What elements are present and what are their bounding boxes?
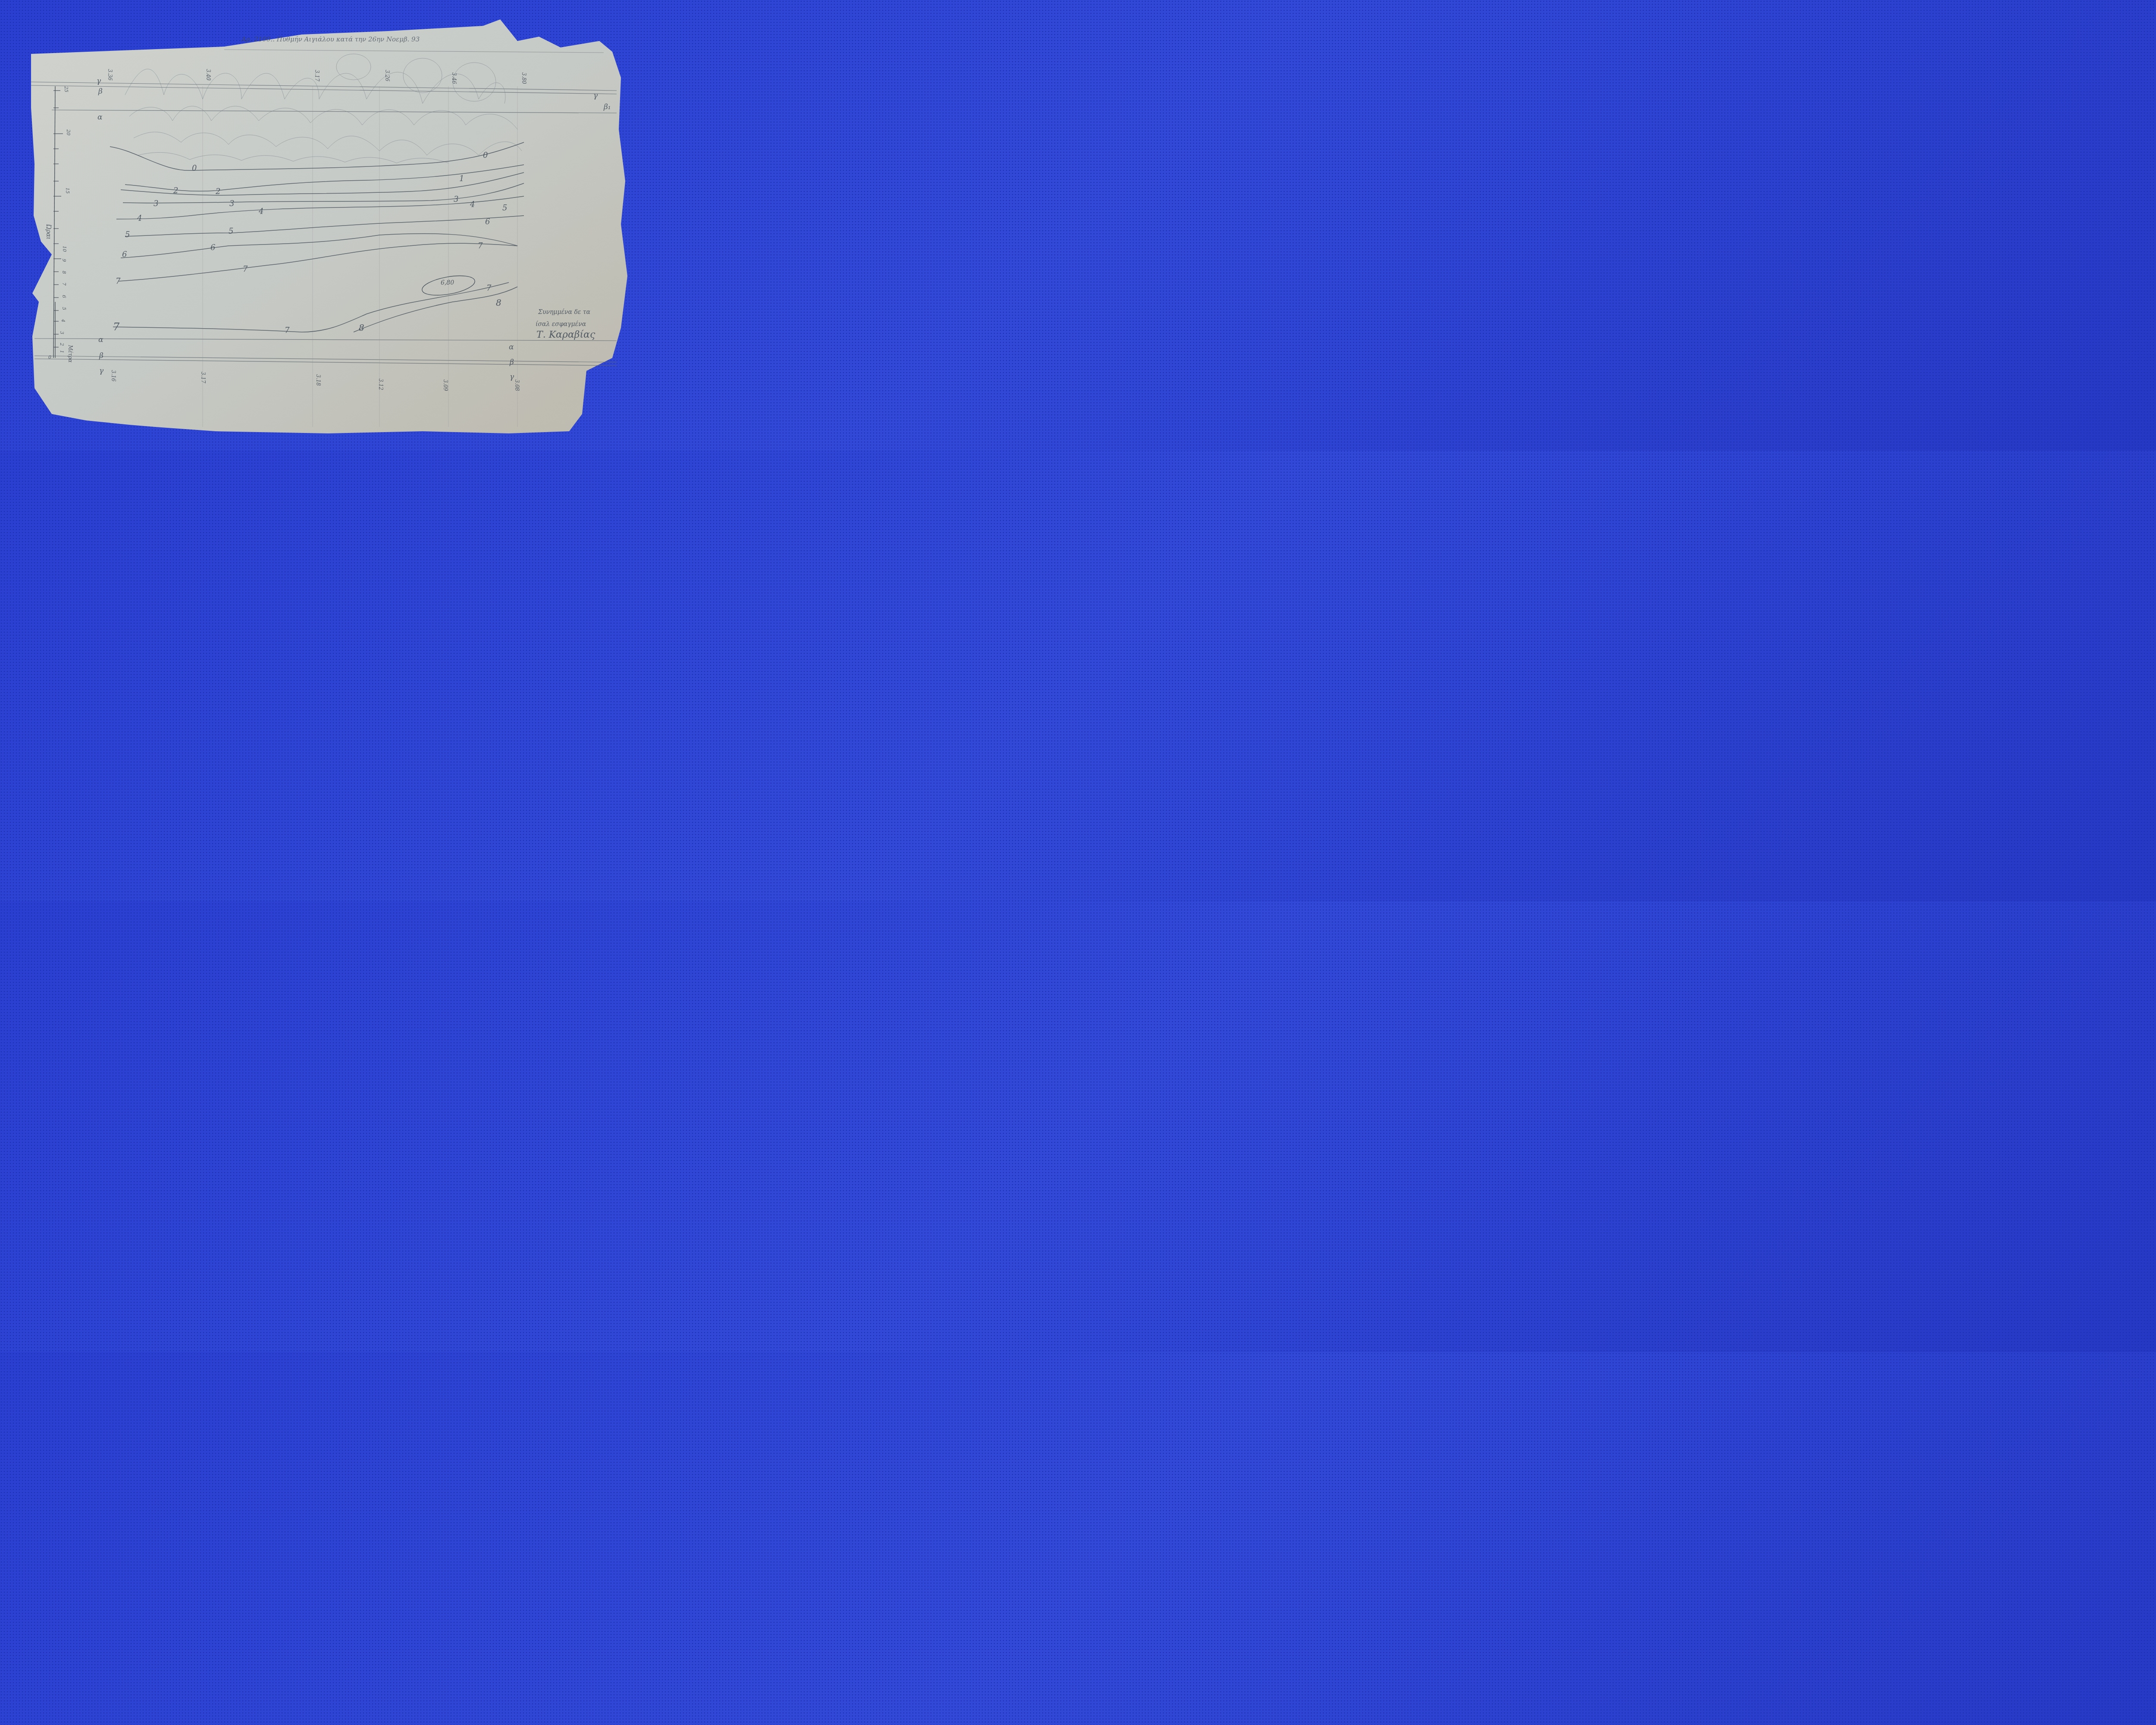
right-marker-gamma-bottom: γ xyxy=(510,373,514,381)
signature-name: Τ. Καραβίας xyxy=(536,329,595,340)
top-col-label-6: 3.80 xyxy=(521,72,527,84)
axis-tick-9: 9 xyxy=(61,259,67,262)
right-marker-gamma-top: γ xyxy=(593,91,598,100)
top-col-label-2: 3.40 xyxy=(205,69,211,81)
axis-tick-20: 20 xyxy=(66,129,71,135)
axis-tick-5: 5 xyxy=(61,307,67,310)
left-marker-beta-top: β xyxy=(98,87,103,96)
contour-label-3-right: 3 xyxy=(454,195,458,204)
right-marker-beta-bottom: β xyxy=(510,358,514,367)
oval-annotation: 6,80 xyxy=(441,279,454,286)
bottom-col-label-1: 3.16 xyxy=(110,370,116,382)
contour-label-2-left: 2 xyxy=(173,186,178,195)
bottom-col-label-2: 3.17 xyxy=(200,372,206,383)
left-marker-beta-bottom: β xyxy=(99,351,103,360)
right-marker-beta1-top: β₁ xyxy=(604,103,611,111)
bottom-col-label-5: 3.09 xyxy=(442,379,448,391)
axis-tick-7: 7 xyxy=(61,282,67,285)
bottom-col-label-4: 3.12 xyxy=(378,379,384,390)
contour-label-7-right: 7 xyxy=(478,241,483,251)
contour-label-5-right: 5 xyxy=(502,204,507,213)
top-col-label-4: 3.26 xyxy=(384,70,390,82)
top-col-label-1: 3.36 xyxy=(107,69,113,81)
contour-label-0-right: 0 xyxy=(483,151,488,160)
contour-label-7-oval: 7 xyxy=(486,284,491,293)
contour-label-3-mid: 3 xyxy=(229,199,234,208)
archival-sheet: Αρ. 2100.. Πυθμήν Αιγιάλου κατά την 26ην… xyxy=(0,0,676,451)
header-note: Αρ. 2100.. Πυθμήν Αιγιάλου κατά την 26ην… xyxy=(241,35,420,43)
axis-tick-3: 3 xyxy=(59,331,65,334)
left-marker-alpha-top: α xyxy=(97,113,102,122)
contour-label-7-mid: 7 xyxy=(243,265,248,274)
signature-line-2: ίσαλ εσφαγμένα xyxy=(536,319,586,329)
top-col-label-5: 3.46 xyxy=(451,72,457,84)
left-marker-alpha-bottom: α xyxy=(98,336,103,344)
contour-label-5-left: 5 xyxy=(125,230,130,239)
contour-label-6-right: 6 xyxy=(485,217,490,226)
contour-label-4-left: 4 xyxy=(137,214,142,223)
axis-tick-2: 2 xyxy=(59,343,65,346)
axis-tick-25: 25 xyxy=(63,86,69,92)
paper-drawing xyxy=(0,0,676,451)
contour-label-6-left: 6 xyxy=(122,250,127,259)
axis-tick-0: 0 xyxy=(48,354,51,360)
axis-tick-6: 6 xyxy=(61,295,67,298)
left-marker-gamma-bottom: γ xyxy=(99,367,103,375)
axis-tick-10: 10 xyxy=(62,246,67,252)
contour-label-6-mid: 6 xyxy=(210,243,215,252)
contour-label-8-mid: 8 xyxy=(359,323,364,333)
axis-tick-8: 8 xyxy=(61,271,67,274)
contour-label-5-mid: 5 xyxy=(229,227,233,236)
contour-label-1: 1 xyxy=(459,174,464,183)
contour-label-4-right: 4 xyxy=(470,200,475,209)
axis-tick-1: 1 xyxy=(59,350,65,353)
bottom-col-label-6: 3.08 xyxy=(514,379,520,391)
contour-label-2-mid: 2 xyxy=(216,187,220,196)
left-marker-gamma-top: γ xyxy=(97,77,101,85)
contour-label-7-left: 7 xyxy=(116,277,120,286)
axis-tick-4: 4 xyxy=(60,319,66,322)
axis-title-secondary: Μέτρα xyxy=(67,345,73,363)
contour-label-7-lower-left: 7 xyxy=(113,321,119,333)
bottom-col-label-3: 3.18 xyxy=(315,374,321,386)
top-col-label-3: 3.17 xyxy=(314,70,320,82)
contour-label-4-mid: 4 xyxy=(259,207,263,216)
contour-label-7-lower-mid: 7 xyxy=(285,326,289,335)
contour-label-3-left: 3 xyxy=(154,199,158,208)
contour-label-8-right: 8 xyxy=(496,298,501,308)
axis-tick-15: 15 xyxy=(65,188,70,194)
right-marker-alpha-bottom: α xyxy=(509,343,514,351)
axis-title-hours: Ώραι xyxy=(45,224,52,239)
signature-line-1: Συνημμένα δε τα xyxy=(538,307,590,317)
contour-label-0: 0 xyxy=(192,164,197,173)
